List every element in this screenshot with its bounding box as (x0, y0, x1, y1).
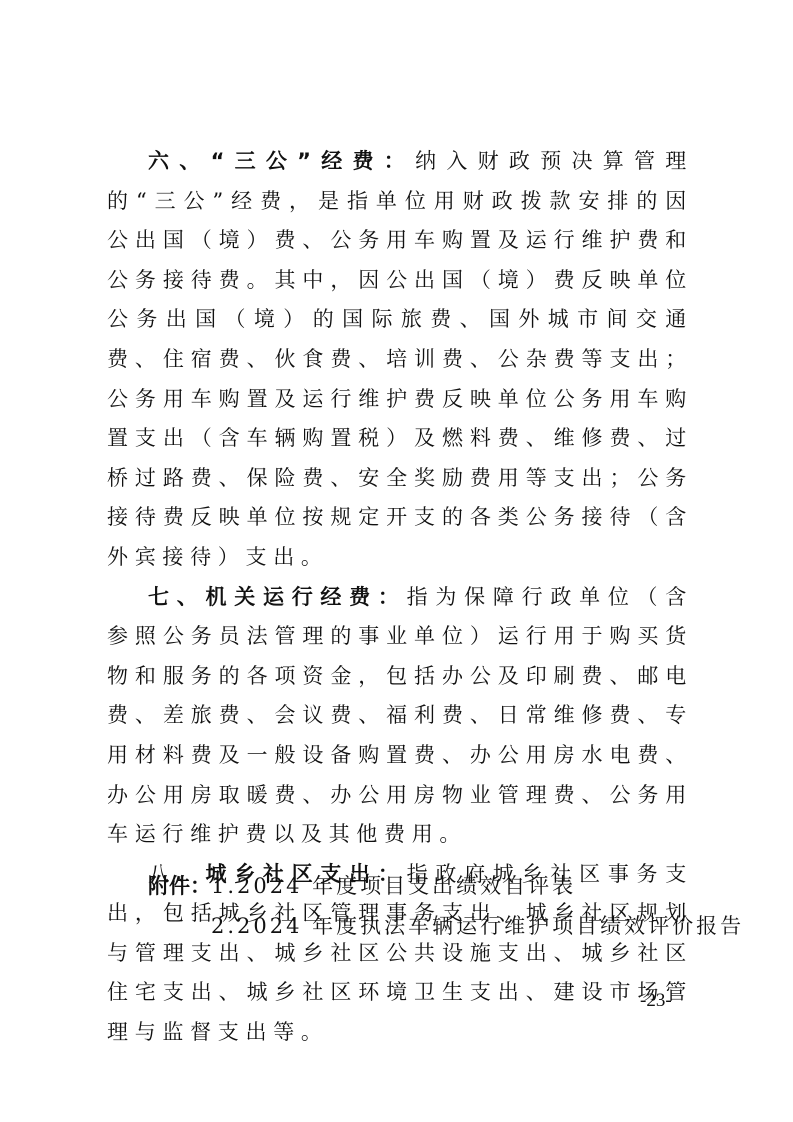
section-title: “三公”经费： (211, 149, 416, 173)
section-heading: 六、“三公”经费： (148, 149, 415, 173)
section-number: 七、 (148, 585, 205, 609)
attachment-item: 2.2024 年度执法车辆运行维护项目绩效评价报告 (148, 906, 708, 946)
attachments-label: 附件： (148, 874, 211, 898)
attachments-list: 附件：1.2024 年度项目支出绩效自评表 2.2024 年度执法车辆运行维护项… (148, 866, 708, 946)
attachment-title: 2.2024 年度执法车辆运行维护项目绩效评价报告 (211, 914, 744, 938)
section-number: 六、 (148, 149, 211, 173)
section-agency-operating-expenses: 七、机关运行经费：指为保障行政单位（含参照公务员法管理的事业单位）运行用于购买货… (107, 578, 693, 855)
section-heading: 七、机关运行经费： (148, 585, 407, 609)
attachment-item: 附件：1.2024 年度项目支出绩效自评表 (148, 866, 708, 906)
section-three-public-expenses: 六、“三公”经费：纳入财政预决算管理的“三公”经费，是指单位用财政拨款安排的因公… (107, 142, 693, 578)
attachment-title: 1.2024 年度项目支出绩效自评表 (211, 874, 576, 898)
section-title: 机关运行经费： (205, 585, 406, 609)
section-text: 指为保障行政单位（含参照公务员法管理的事业单位）运行用于购买货物和服务的各项资金… (107, 585, 693, 847)
section-text: 纳入财政预决算管理的“三公”经费，是指单位用财政拨款安排的因公出国（境）费、公务… (107, 149, 693, 569)
document-page: 六、“三公”经费：纳入财政预决算管理的“三公”经费，是指单位用财政拨款安排的因公… (0, 0, 793, 1122)
page-number: -23- (640, 990, 672, 1012)
